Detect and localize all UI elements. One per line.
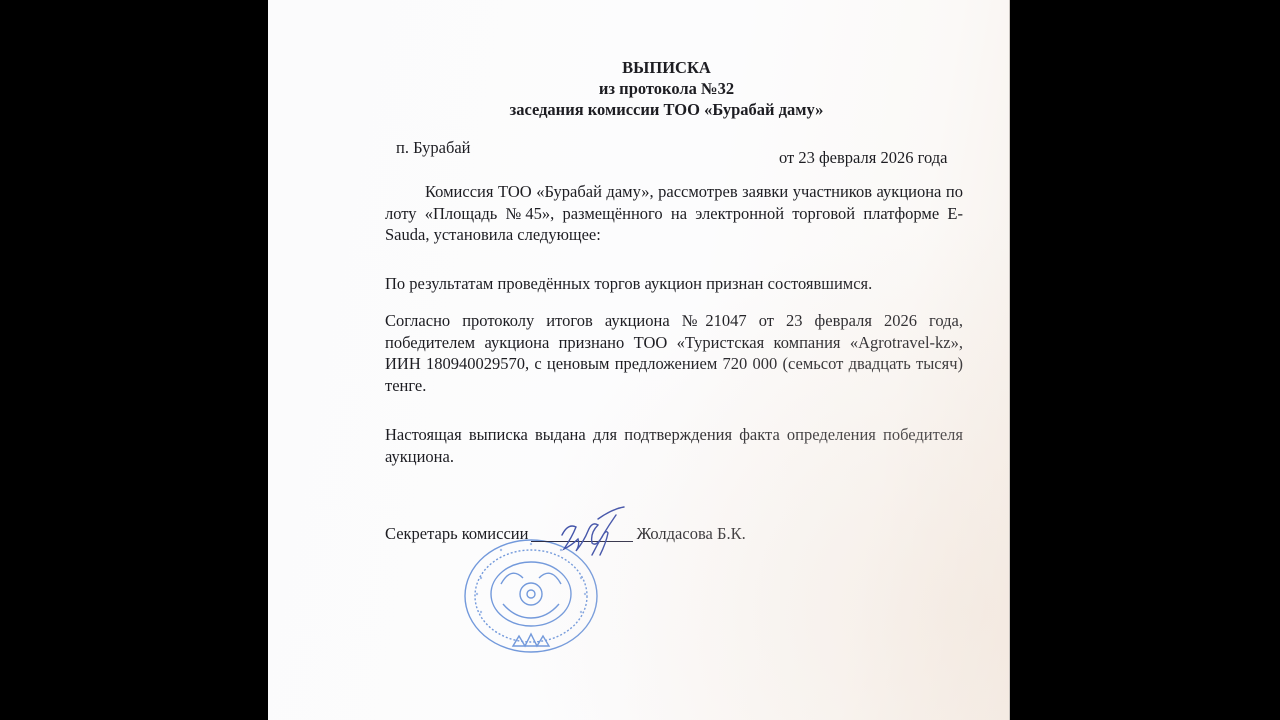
signatory-name: Жолдасова Б.К. xyxy=(636,524,745,544)
signatory-role: Секретарь комиссии xyxy=(385,524,528,544)
document-subtitle-protocol: из протокола №32 xyxy=(324,78,1009,99)
document-place: п. Бурабай xyxy=(396,138,471,158)
paragraph-purpose: Настоящая выписка выдана для подтвержден… xyxy=(385,424,963,467)
handwritten-signature-icon xyxy=(558,505,638,565)
document-subtitle-commission: заседания комиссии ТОО «Бурабай даму» xyxy=(324,99,1009,120)
paragraph-winner: Согласно протоколу итогов аукциона №2104… xyxy=(385,310,963,396)
screen: ВЫПИСКА из протокола №32 заседания комис… xyxy=(0,0,1280,720)
document-title: ВЫПИСКА xyxy=(324,57,1009,78)
paragraph-auction-result: По результатам проведённых торгов аукцио… xyxy=(385,273,963,295)
document-header: ВЫПИСКА из протокола №32 заседания комис… xyxy=(268,57,1009,120)
document-page: ВЫПИСКА из протокола №32 заседания комис… xyxy=(268,0,1010,720)
document-date: от 23 февраля 2026 года xyxy=(779,148,947,168)
paragraph-commission-review: Комиссия ТОО «Бурабай даму», рассмотрев … xyxy=(385,181,963,246)
